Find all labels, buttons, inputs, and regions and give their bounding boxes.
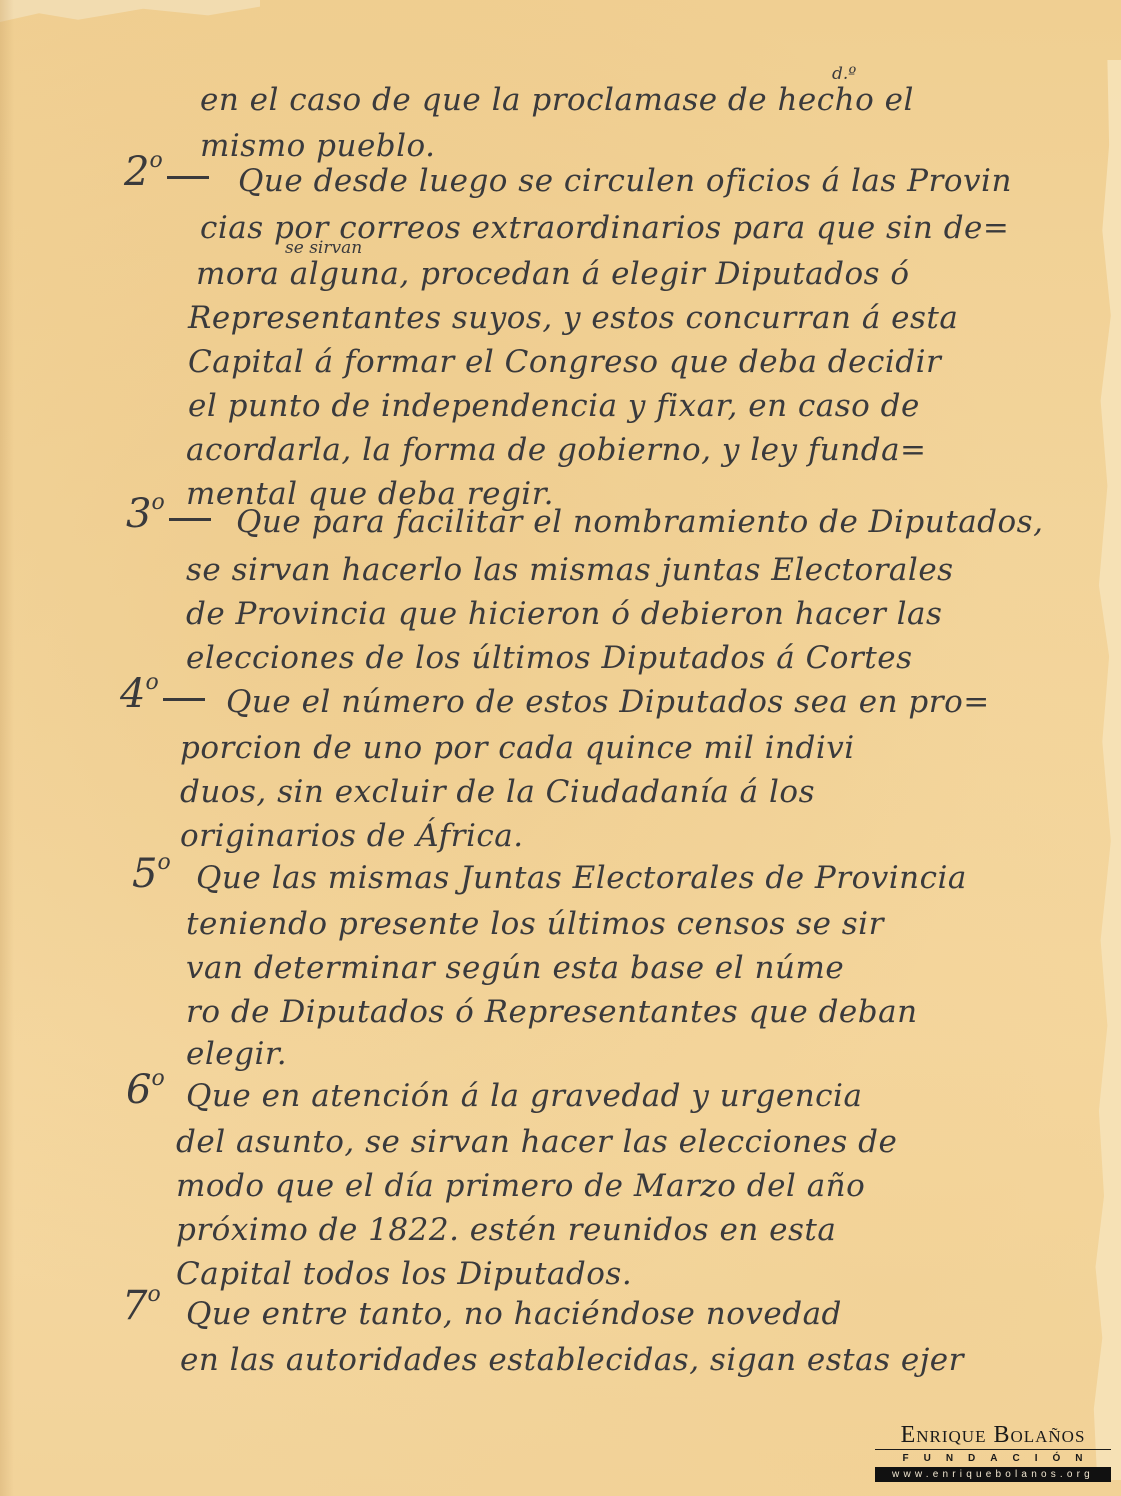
manuscript-page: en el caso de que la proclamase de hecho… (0, 0, 1121, 1496)
item-6-line: del asunto, se sirvan hacer las eleccion… (176, 1124, 897, 1160)
item-6-line: próximo de 1822. estén reunidos en esta (176, 1212, 836, 1248)
item-6-line: Capital todos los Diputados. (176, 1256, 632, 1292)
logo-url: www.enriquebolanos.org (875, 1467, 1111, 1482)
item-4-line: Que el número de estos Diputados sea en … (226, 684, 990, 720)
item-5-line: ro de Diputados ó Representantes que deb… (186, 994, 918, 1030)
item-7-line: Que entre tanto, no haciéndose novedad (186, 1296, 842, 1332)
item-4-line: originarios de África. (180, 818, 524, 854)
continuation-line: mismo pueblo. (200, 128, 436, 164)
item-2-line: Representantes suyos, y estos concurran … (188, 300, 958, 336)
item-7-line: en las autoridades establecidas, sigan e… (180, 1342, 964, 1378)
item-5-line: van determinar según esta base el núme (186, 950, 844, 986)
item-3-line: se sirvan hacerlo las mismas juntas Elec… (186, 552, 954, 588)
item-2-line: mora alguna, procedan á elegir Diputados… (196, 256, 910, 292)
item-2-line: acordarla, la forma de gobierno, y ley f… (186, 432, 927, 468)
continuation-line: en el caso de que la proclamase de hecho… (200, 82, 914, 118)
insertion-note: se sirvan (285, 238, 362, 258)
item-number-6: 6o (126, 1066, 165, 1113)
item-5-line: Que las mismas Juntas Electorales de Pro… (196, 860, 967, 896)
item-6-line: modo que el día primero de Marzo del año (176, 1168, 865, 1204)
item-2-line: el punto de independencia y fixar, en ca… (188, 388, 920, 424)
item-2-line: Capital á formar el Congreso que deba de… (188, 344, 941, 380)
item-number-2: 2o (124, 148, 209, 195)
item-6-line: Que en atención á la gravedad y urgencia (186, 1078, 862, 1114)
item-number-4: 4o (120, 670, 205, 717)
foundation-logo: Enrique Bolaños FUNDACIÓN www.enriquebol… (875, 1422, 1111, 1482)
item-3-line: elecciones de los últimos Diputados á Co… (186, 640, 912, 676)
item-3-line: de Provincia que hicieron ó debieron hac… (186, 596, 942, 632)
logo-name: Enrique Bolaños (875, 1422, 1111, 1450)
item-number-7: 7o (122, 1282, 161, 1329)
item-4-line: porcion de uno por cada quince mil indiv… (180, 730, 855, 766)
logo-subtitle: FUNDACIÓN (875, 1453, 1111, 1465)
item-number-3: 3o (126, 490, 211, 537)
item-number-5: 5o (132, 850, 171, 897)
item-3-line: Que para facilitar el nombramiento de Di… (236, 504, 1043, 540)
item-5-line: teniendo presente los últimos censos se … (186, 906, 884, 942)
item-4-line: duos, sin excluir de la Ciudadanía á los (180, 774, 815, 810)
superscript-abbrev: d.º (832, 64, 856, 84)
item-2-line: Que desde luego se circulen oficios á la… (238, 163, 1012, 199)
item-5-line: elegir. (186, 1036, 287, 1072)
